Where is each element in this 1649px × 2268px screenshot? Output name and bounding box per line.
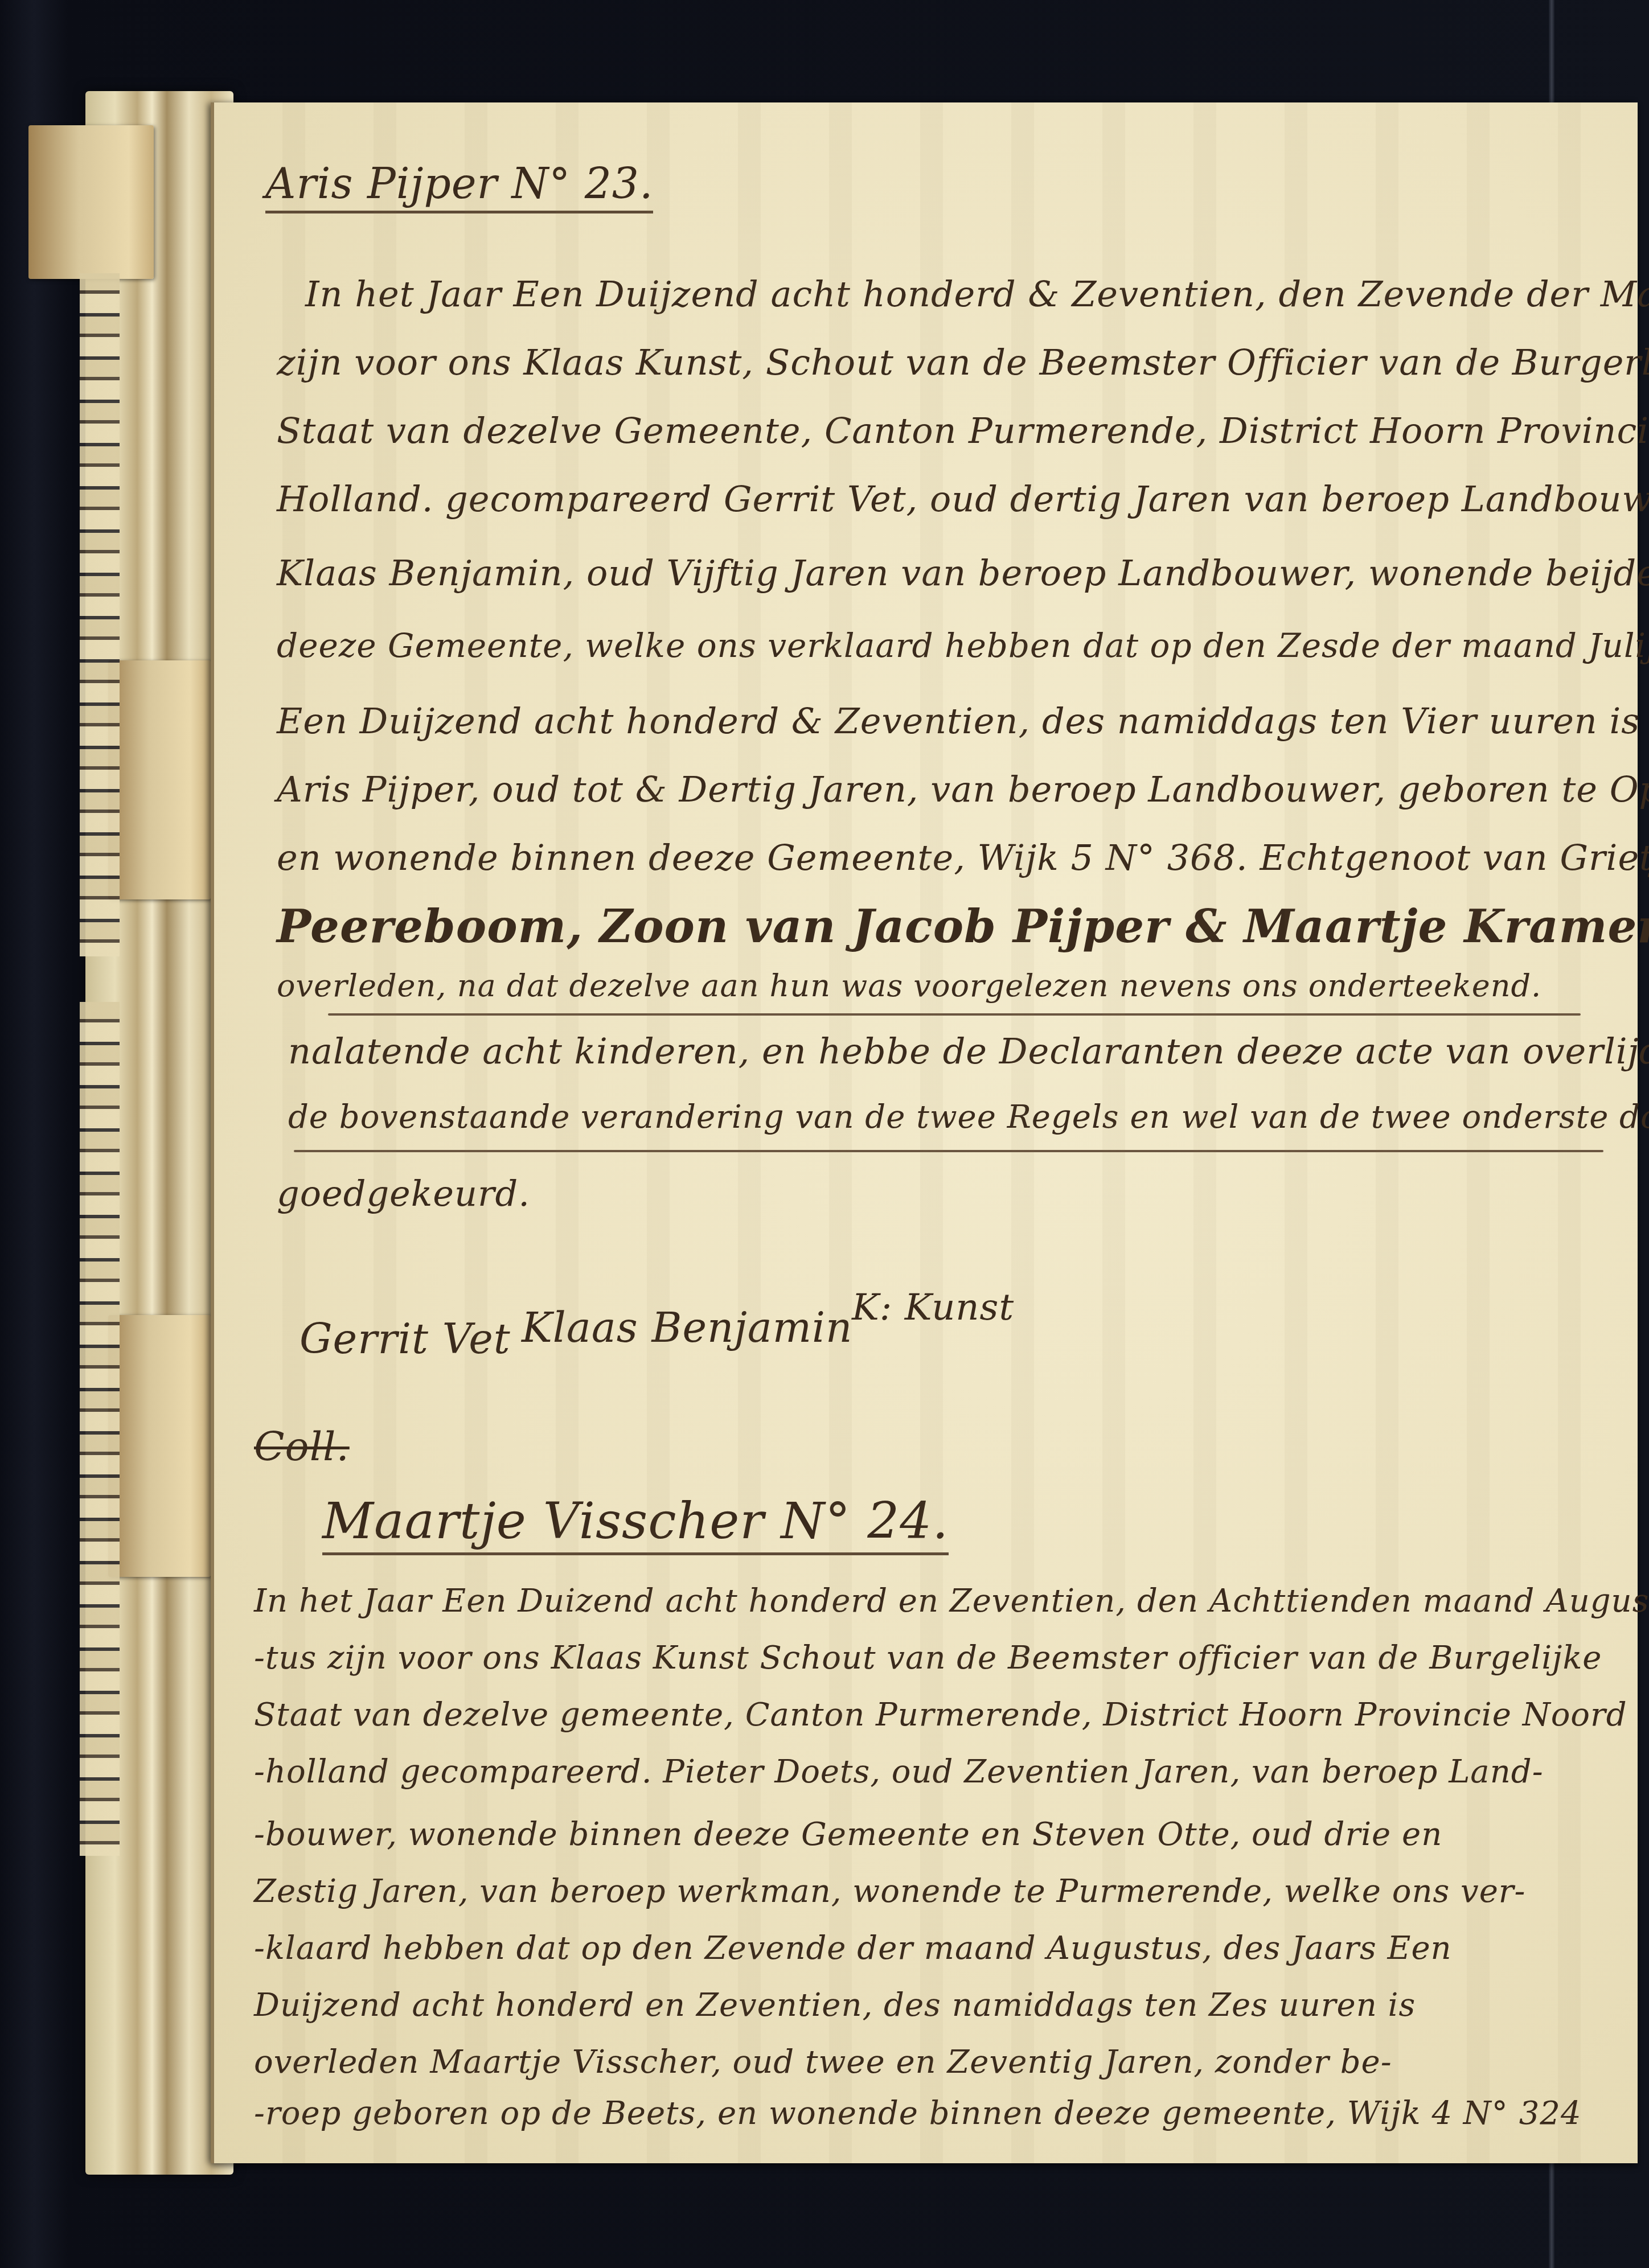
entry-23-line-8: Aris Pijper, oud tot & Dertig Jaren, van…	[277, 769, 1649, 810]
entry-24-line-4: -holland gecompareerd. Pieter Doets, oud…	[254, 1753, 1544, 1790]
entry-24-line-3: Staat van dezelve gemeente, Canton Purme…	[254, 1696, 1627, 1733]
entry-23-line-2: zijn voor ons Klaas Kunst, Schout van de…	[277, 342, 1649, 383]
entry-23-line-11: overleden, na dat dezelve aan hun was vo…	[277, 968, 1541, 1004]
entry-24-title: Maartje Visscher N° 24.	[322, 1492, 949, 1555]
paper-tab-lower	[108, 1315, 211, 1577]
entry-23-line-13: de bovenstaande verandering van de twee …	[288, 1099, 1649, 1136]
correction-rule	[294, 1150, 1603, 1152]
entry-23-line-14: goedgekeurd.	[277, 1173, 530, 1214]
entry-24-line-10: -roep geboren op de Beets, en wonende bi…	[254, 2095, 1582, 2132]
entry-24-line-9: overleden Maartje Visscher, oud twee en …	[254, 2044, 1392, 2081]
paper-tab-top	[28, 125, 154, 279]
paper-tab-middle	[108, 660, 211, 899]
signature-k-kunst: K: Kunst	[852, 1287, 1014, 1329]
entry-24-line-7: -klaard hebben dat op den Zevende der ma…	[254, 1930, 1452, 1967]
entry-24-line-6: Zestig Jaren, van beroep werkman, wonend…	[254, 1873, 1525, 1910]
entry-24-line-8: Duijzend acht honderd en Zeventien, des …	[254, 1987, 1416, 2024]
entry-23-line-3: Staat van dezelve Gemeente, Canton Purme…	[277, 410, 1649, 451]
entry-23-line-5: Klaas Benjamin, oud Vijftig Jaren van be…	[277, 552, 1649, 594]
correction-rule	[328, 1013, 1581, 1016]
torn-page-edge	[80, 1002, 120, 1856]
entry-23-line-9: en wonende binnen deeze Gemeente, Wijk 5…	[277, 837, 1649, 878]
entry-24-line-5: -bouwer, wonende binnen deeze Gemeente e…	[254, 1816, 1442, 1853]
register-page: Aris Pijper N° 23. In het Jaar Een Duijz…	[211, 102, 1638, 2163]
entry-23-line-6: deeze Gemeente, welke ons verklaard hebb…	[277, 626, 1649, 665]
torn-page-edge	[80, 273, 120, 956]
entry-23-line-10: Peereboom, Zoon van Jacob Pijper & Maart…	[277, 899, 1649, 953]
entry-24-line-2: -tus zijn voor ons Klaas Kunst Schout va…	[254, 1640, 1602, 1677]
entry-24-line-1: In het Jaar Een Duizend acht honderd en …	[254, 1583, 1649, 1620]
entry-23-line-4: Holland. gecompareerd Gerrit Vet, oud de…	[277, 478, 1649, 520]
marginal-note-coll: Coll.	[254, 1423, 350, 1470]
entry-23-line-1: In het Jaar Een Duijzend acht honderd & …	[305, 273, 1649, 315]
entry-23-line-7: Een Duijzend acht honderd & Zeventien, d…	[277, 700, 1649, 742]
entry-23-line-12: nalatende acht kinderen, en hebbe de Dec…	[288, 1030, 1649, 1072]
entry-23-title: Aris Pijper N° 23.	[265, 159, 653, 213]
signature-klaas-benjamin: Klaas Benjamin	[522, 1304, 852, 1351]
signature-gerrit-vet: Gerrit Vet	[300, 1315, 511, 1363]
